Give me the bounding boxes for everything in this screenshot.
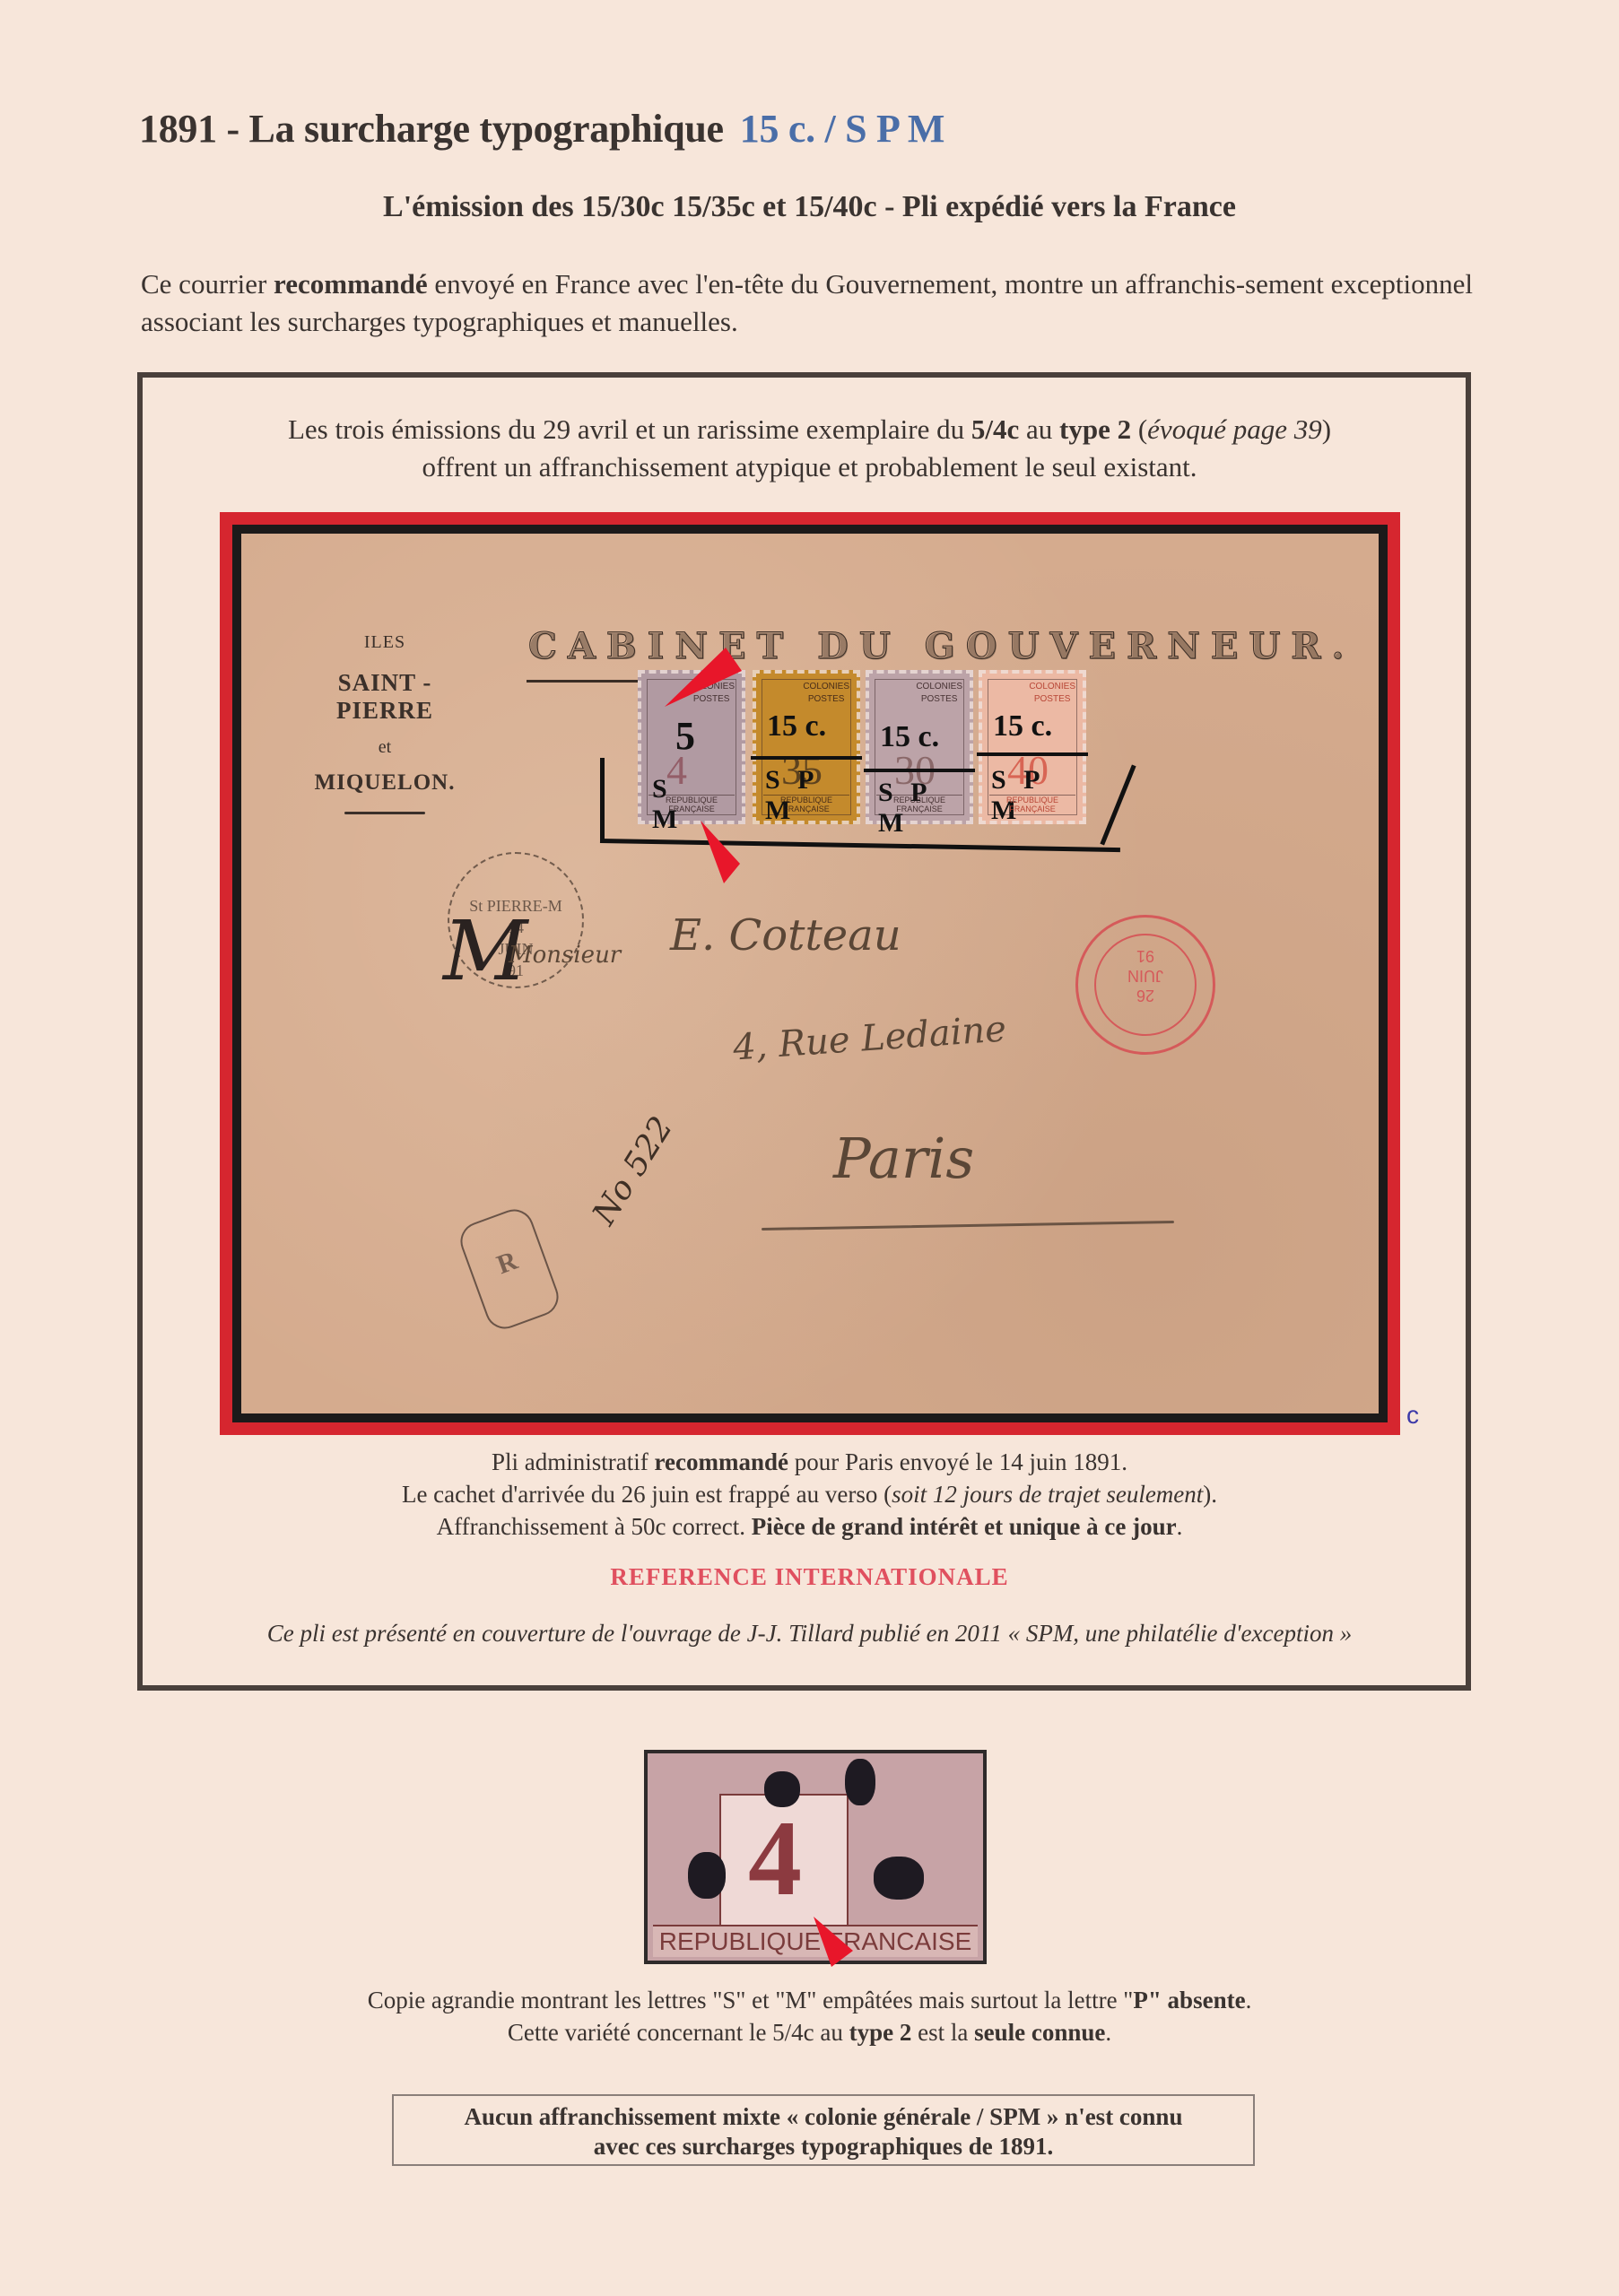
- red-arrow-icon: [699, 819, 744, 886]
- stamp-text: REPUBLIQUE FRANÇAISE: [763, 795, 849, 813]
- postmark-text: 26: [1078, 986, 1213, 1005]
- lead-text: (: [1131, 413, 1147, 445]
- final-note-line: avec ces surcharges typographiques de 18…: [394, 2132, 1253, 2161]
- red-arrow-icon: [663, 646, 744, 709]
- stamp-15-on-40c: COLONIESPOSTES 40 15 c. S P M REPUBLIQUE…: [979, 670, 1086, 824]
- manual-frame-line: [600, 758, 605, 840]
- stamp-text: REPUBLIQUE FRANÇAISE: [648, 795, 735, 813]
- stamp-text: COLONIES: [916, 681, 962, 693]
- registration-stamp: R: [455, 1204, 563, 1334]
- title-main: 1891 - La surcharge typographique: [139, 107, 724, 151]
- page-title: 1891 - La surcharge typographique15 c. /…: [139, 106, 944, 152]
- lead-italic: évoqué page 39: [1147, 413, 1322, 445]
- stamp-15-on-35c: COLONIESPOSTES 35 15 c. S P M REPUBLIQUE…: [753, 670, 860, 824]
- caption-text: .: [1105, 2019, 1111, 2046]
- stamp-text: REPUBLIQUE FRANÇAISE: [876, 795, 962, 813]
- reference-label: REFERENCE INTERNATIONALE: [0, 1563, 1619, 1591]
- address-street: 4, Rue Ledaine: [732, 1008, 1008, 1068]
- sender-block: ILES SAINT - PIERRE et MIQUELON.: [286, 632, 483, 814]
- envelope-caption: Pli administratif recommandé pour Paris …: [0, 1446, 1619, 1543]
- postmark-paris-arrival: 26 JUIN 91: [1075, 915, 1215, 1055]
- postmark-text: JUIN: [1078, 966, 1213, 986]
- exhibit-lead-text: Les trois émissions du 29 avril et un ra…: [0, 411, 1619, 486]
- overprint-blot: [688, 1852, 726, 1899]
- caption-text: Affranchissement à 50c correct.: [437, 1513, 752, 1540]
- page-subtitle: L'émission des 15/30c 15/35c et 15/40c -…: [0, 190, 1619, 224]
- postmark-text: 91: [1078, 946, 1213, 966]
- letterhead-rule: [527, 680, 643, 683]
- overprint-blot: [874, 1857, 924, 1900]
- manual-frame-line: [1100, 765, 1136, 846]
- stamp-text: REPUBLIQUE FRANÇAISE: [989, 795, 1075, 813]
- overprint-bar: [977, 752, 1088, 756]
- caption-text: Copie agrandie montrant les lettres "S" …: [368, 1987, 1134, 2013]
- stamp-overprint: 15 c.: [880, 720, 939, 754]
- caption-text: .: [1177, 1513, 1183, 1540]
- envelope-mount-black: ILES SAINT - PIERRE et MIQUELON. CABINET…: [232, 525, 1388, 1422]
- lead-text: ): [1322, 413, 1331, 445]
- address-city: Paris: [833, 1126, 974, 1191]
- stamp-text: POSTES: [803, 693, 849, 706]
- title-accent: 15 c. / S P M: [740, 107, 944, 151]
- address-salutation: Monsieur: [509, 942, 621, 969]
- stamp-text: COLONIES: [1029, 681, 1075, 693]
- caption-text: Le cachet d'arrivée du 26 juin est frapp…: [402, 1481, 892, 1508]
- intro-bold: recommandé: [274, 268, 428, 300]
- caption-bold: Pièce de grand intérêt et unique à ce jo…: [752, 1513, 1177, 1540]
- overprint-blot: [764, 1771, 800, 1807]
- intro-paragraph: Ce courrier recommandé envoyé en France …: [141, 265, 1486, 341]
- lead-bold: type 2: [1059, 413, 1131, 445]
- caption-text: ).: [1203, 1481, 1217, 1508]
- caption-bold: type 2: [849, 2019, 912, 2046]
- letterhead: CABINET DU GOUVERNEUR.: [528, 625, 1354, 667]
- caption-text: .: [1246, 1987, 1252, 2013]
- lead-text-line2: offrent un affranchissement atypique et …: [0, 448, 1619, 486]
- red-arrow-icon: [812, 1915, 857, 1969]
- sender-line: ILES: [286, 632, 483, 653]
- stamp-text: COLONIES: [803, 681, 849, 693]
- stamp-overprint: 5: [675, 713, 695, 759]
- envelope-mount-red: ILES SAINT - PIERRE et MIQUELON. CABINET…: [220, 512, 1400, 1435]
- caption-text: Pli administratif: [492, 1448, 655, 1475]
- caption-text: Cette variété concernant le 5/4c au: [508, 2019, 849, 2046]
- address-name: E. Cotteau: [670, 910, 901, 961]
- stamp-text: POSTES: [916, 693, 962, 706]
- registration-mark: R: [468, 1237, 546, 1290]
- overprint-blot: [845, 1759, 875, 1805]
- ornament-rule: [344, 812, 425, 814]
- caption-bold: recommandé: [655, 1448, 788, 1475]
- intro-text: Ce courrier: [141, 268, 274, 300]
- final-note-box: Aucun affranchissement mixte « colonie g…: [392, 2094, 1255, 2166]
- envelope-cover: ILES SAINT - PIERRE et MIQUELON. CABINET…: [241, 534, 1379, 1413]
- stamp-overprint: 15 c.: [767, 709, 826, 744]
- registration-number: No 522: [586, 1110, 680, 1231]
- enlarged-stamp-caption: Copie agrandie montrant les lettres "S" …: [0, 1984, 1619, 2048]
- address-underline: [762, 1221, 1174, 1231]
- sender-line: MIQUELON.: [286, 770, 483, 796]
- stamp-15-on-30c: COLONIESPOSTES 30 15 c. S P M REPUBLIQUE…: [866, 670, 973, 824]
- caption-text: est la: [911, 2019, 974, 2046]
- lead-bold: 5/4c: [971, 413, 1019, 445]
- stamp-text: POSTES: [1029, 693, 1075, 706]
- caption-italic: soit 12 jours de trajet seulement: [892, 1481, 1203, 1508]
- sender-line: et: [286, 737, 483, 758]
- enlarged-stamp-value: 4: [748, 1796, 802, 1920]
- overprint-bar: [751, 756, 862, 760]
- caption-bold: P" absente: [1133, 1987, 1245, 2013]
- sender-line: SAINT - PIERRE: [286, 669, 483, 725]
- final-note-line: Aucun affranchissement mixte « colonie g…: [394, 2102, 1253, 2132]
- overprint-bar: [864, 769, 975, 772]
- corner-mark: c: [1406, 1401, 1419, 1430]
- caption-text: pour Paris envoyé le 14 juin 1891.: [788, 1448, 1127, 1475]
- lead-text: Les trois émissions du 29 avril et un ra…: [288, 413, 971, 445]
- lead-text: au: [1019, 413, 1059, 445]
- manual-frame-line: [600, 839, 1120, 852]
- caption-bold: seule connue: [974, 2019, 1105, 2046]
- stamp-overprint: 15 c.: [993, 709, 1052, 744]
- cover-note: Ce pli est présenté en couverture de l'o…: [0, 1620, 1619, 1648]
